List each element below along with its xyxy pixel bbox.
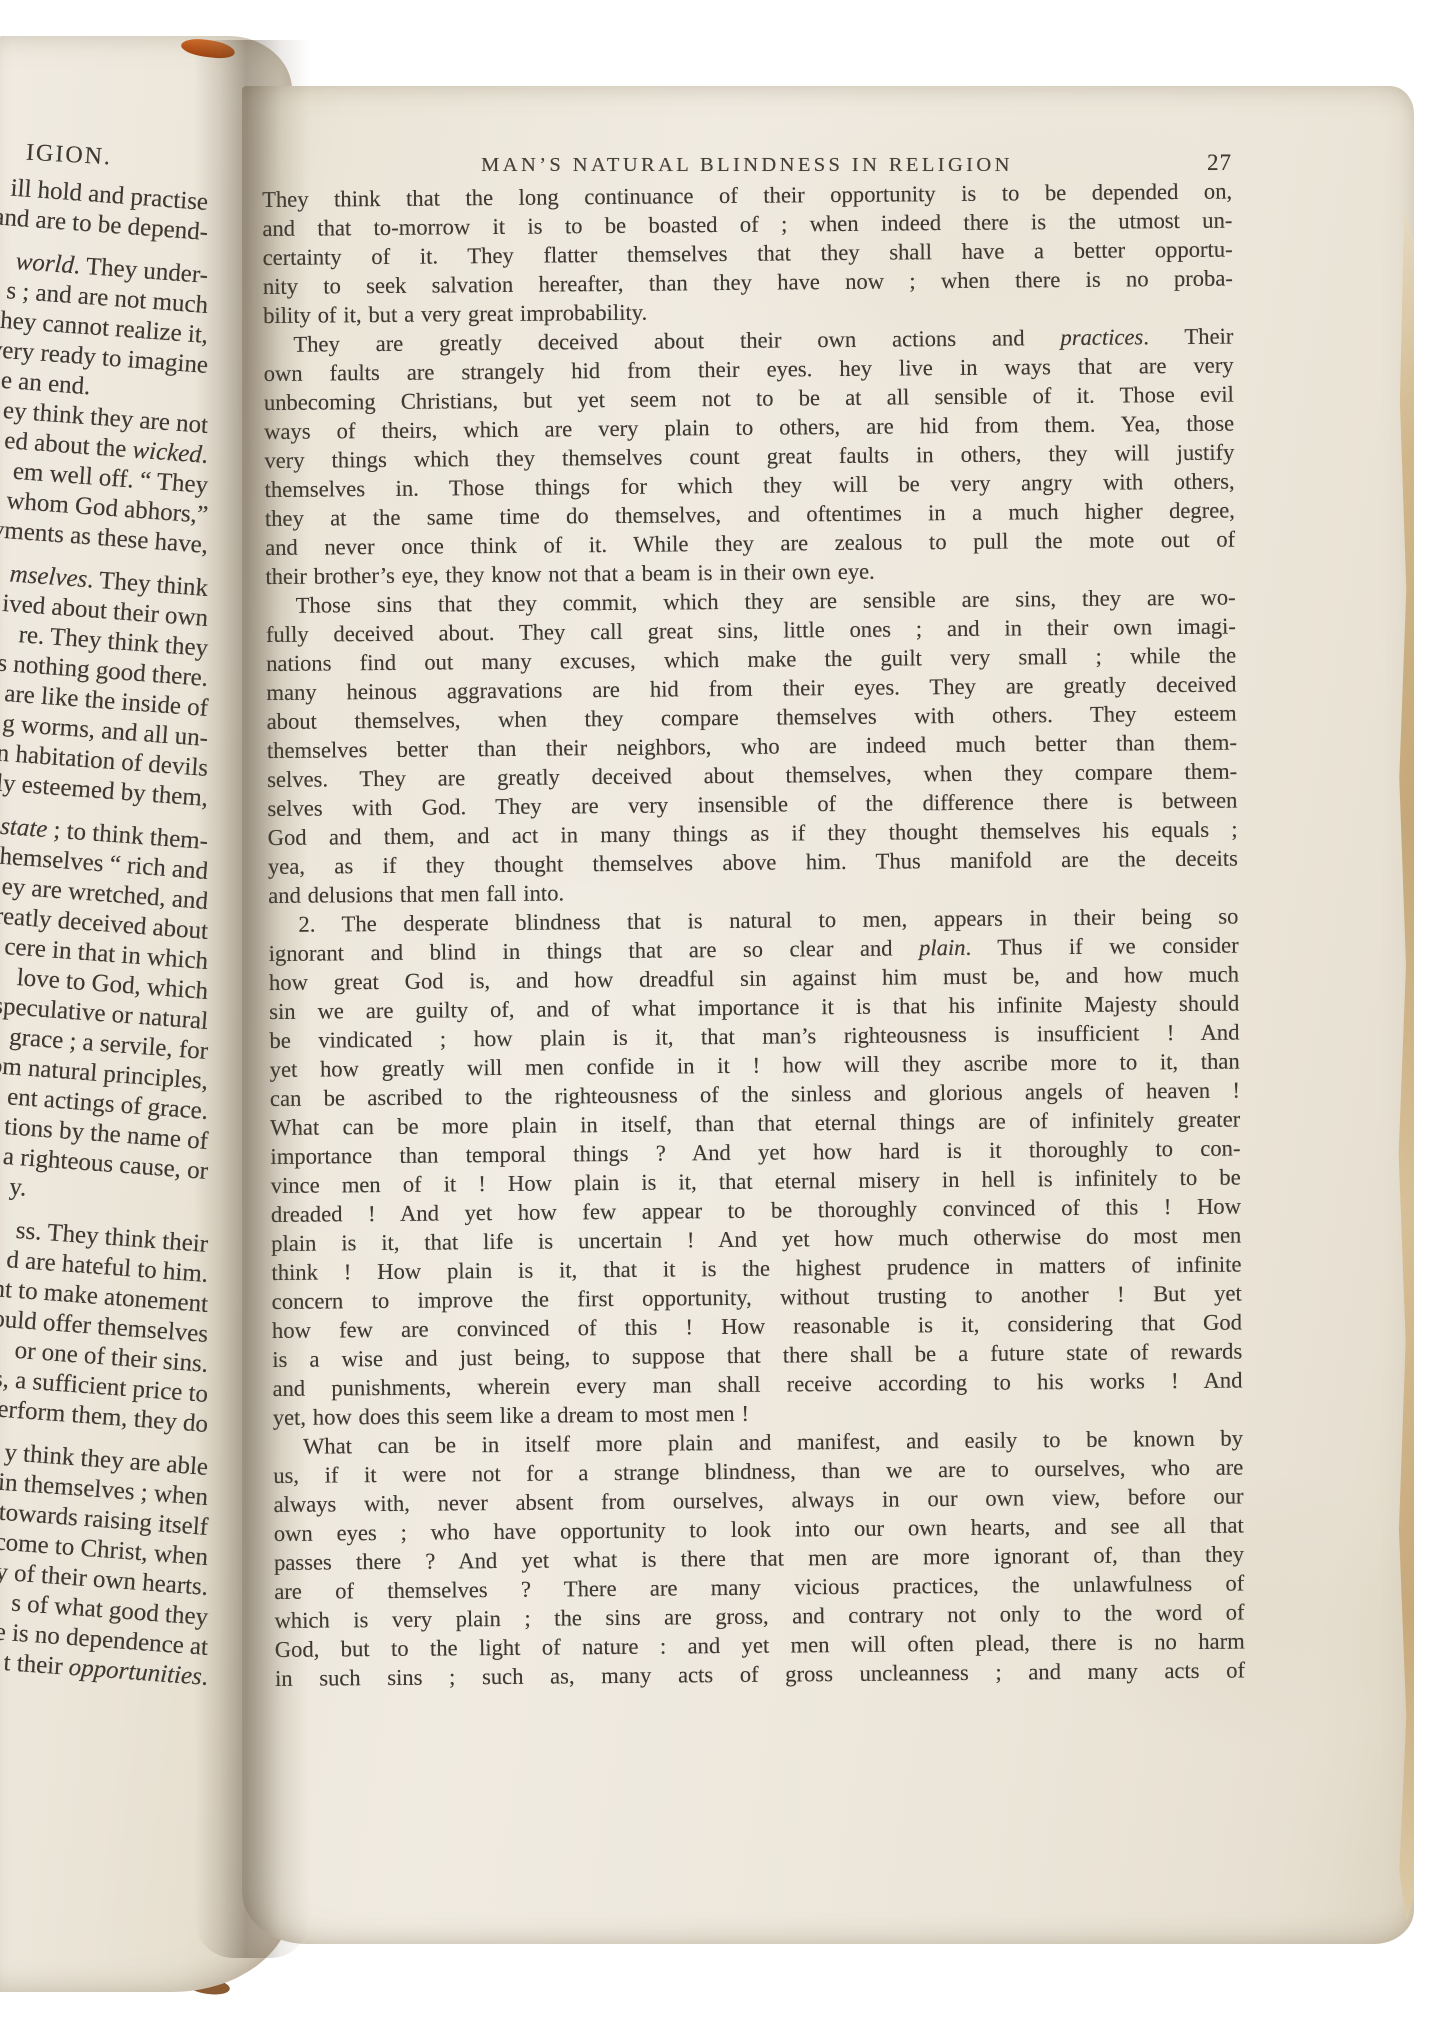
paragraph: They think that the long continuance of … <box>262 177 1233 330</box>
left-page-text-column: ill hold and practise, and are to be dep… <box>0 188 208 1706</box>
page-text-column: They think that the long continuance of … <box>262 177 1245 1693</box>
paragraph: They are greatly deceived about their ow… <box>263 322 1235 591</box>
left-line-group: ill hold and practise, and are to be dep… <box>0 188 208 248</box>
open-book-photo: IGION. ill hold and practise, and are to… <box>0 0 1445 2023</box>
right-page: MAN’S NATURAL BLINDNESS IN RELIGION 27 T… <box>242 86 1414 1944</box>
left-line-group: world. They under-s ; and are not muchth… <box>0 261 208 561</box>
paragraph: What can be in itself more plain and man… <box>273 1423 1245 1692</box>
paragraph: Those sins that they commit, which they … <box>266 583 1239 910</box>
left-line-group: mselves. They thinkived about their ownr… <box>0 574 208 814</box>
left-running-head-fragment: IGION. <box>25 140 112 172</box>
left-line-group: y think they are ablein themselves ; whe… <box>0 1453 208 1693</box>
page-deckle-edge <box>1398 214 1414 1922</box>
left-line-group: ss. They think theird are hateful to him… <box>0 1230 208 1440</box>
page-number: 27 <box>262 150 1232 176</box>
paragraph: 2. The desperate blindness that is natur… <box>268 902 1243 1432</box>
left-line-group: state ; to think them-themselves “ rich … <box>0 827 208 1217</box>
